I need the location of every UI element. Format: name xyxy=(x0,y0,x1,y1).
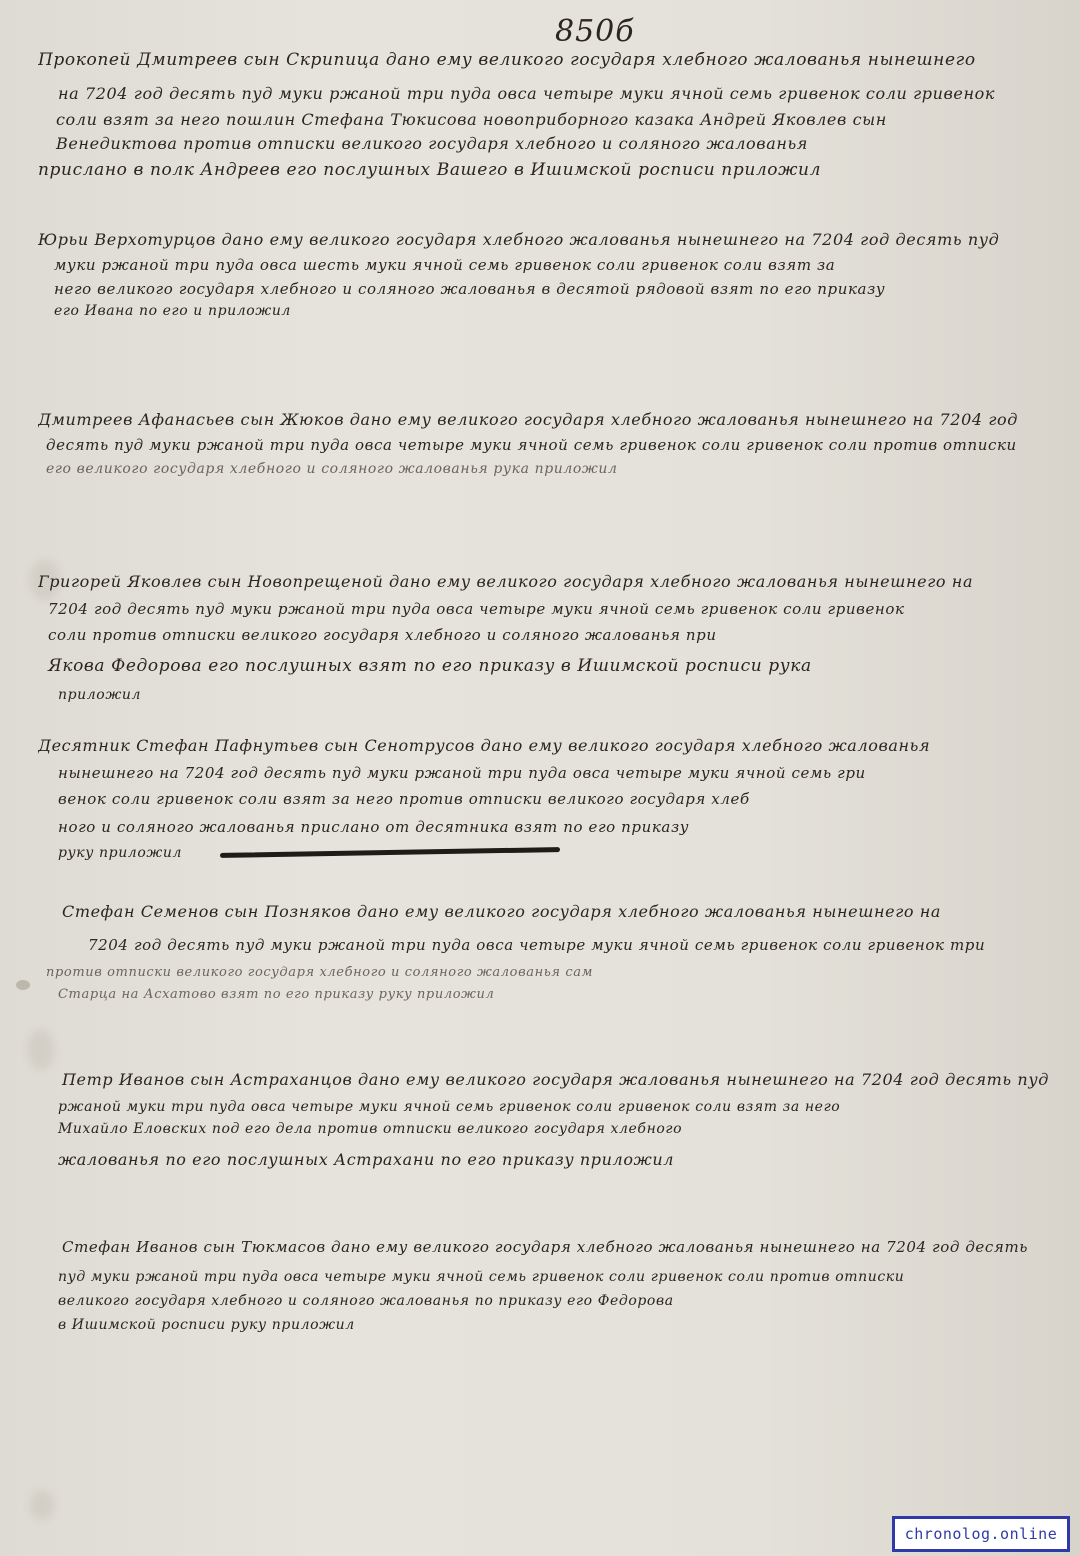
entry-line: Десятник Стефан Пафнутьев сын Сенотрусов… xyxy=(38,738,1060,766)
manuscript-page: 850б Прокопей Дмитреев сын Скрипица дано… xyxy=(0,0,1080,1556)
entry-line: Дмитреев Афанасьев сын Жюков дано ему ве… xyxy=(38,412,1060,438)
entry-line: Прокопей Дмитреев сын Скрипица дано ему … xyxy=(38,52,1060,86)
binding-hole xyxy=(16,980,30,990)
entry-line: ржаной муки три пуда овса четыре муки яч… xyxy=(38,1100,1060,1122)
ledger-entry: Прокопей Дмитреев сын Скрипица дано ему … xyxy=(38,52,1060,192)
ledger-entry: Дмитреев Афанасьев сын Жюков дано ему ве… xyxy=(38,412,1060,484)
entry-line: муки ржаной три пуда овса шесть муки ячн… xyxy=(38,258,1060,282)
entry-line: десять пуд муки ржаной три пуда овса чет… xyxy=(38,438,1060,462)
entry-line: Стефан Семенов сын Позняков дано ему вел… xyxy=(38,904,1060,938)
entry-line: Якова Федорова его послушных взят по его… xyxy=(38,658,1060,688)
ledger-entry: Юрьи Верхотурцов дано ему великого госуд… xyxy=(38,232,1060,326)
entry-line: его великого государя хлебного и соляног… xyxy=(38,462,1060,484)
entry-line: Старца на Асхатово взят по его приказу р… xyxy=(38,988,1060,1010)
watermark-text: chronolog.online xyxy=(905,1525,1058,1543)
ledger-entry: Стефан Иванов сын Тюкмасов дано ему вели… xyxy=(38,1240,1060,1342)
entry-line: жалованья по его послушных Астрахани по … xyxy=(38,1152,1060,1182)
ledger-entry: Петр Иванов сын Астраханцов дано ему вел… xyxy=(38,1072,1060,1182)
entry-line: 7204 год десять пуд муки ржаной три пуда… xyxy=(38,602,1060,628)
entry-line: Михайло Еловских под его дела против отп… xyxy=(38,1122,1060,1152)
entry-line: нынешнего на 7204 год десять пуд муки рж… xyxy=(38,766,1060,792)
entry-line: соли взят за него пошлин Стефана Тюкисов… xyxy=(38,112,1060,136)
ledger-entry: Григорей Яковлев сын Новопрещеной дано е… xyxy=(38,574,1060,706)
entry-line: Юрьи Верхотурцов дано ему великого госуд… xyxy=(38,232,1060,258)
watermark-badge: chronolog.online xyxy=(892,1516,1070,1552)
entry-line: 7204 год десять пуд муки ржаной три пуда… xyxy=(38,938,1060,966)
paper-stain xyxy=(28,1030,54,1070)
paper-stain xyxy=(30,1490,54,1520)
entry-line: ного и соляного жалованья прислано от де… xyxy=(38,820,1060,846)
entry-line: великого государя хлебного и соляного жа… xyxy=(38,1294,1060,1318)
folio-number: 850б xyxy=(555,14,635,49)
entry-line: венок соли гривенок соли взят за него пр… xyxy=(38,792,1060,820)
entry-line: приложил xyxy=(38,688,1060,706)
entry-line: против отписки великого государя хлебног… xyxy=(38,966,1060,988)
entry-line: Петр Иванов сын Астраханцов дано ему вел… xyxy=(38,1072,1060,1100)
entry-line: Григорей Яковлев сын Новопрещеной дано е… xyxy=(38,574,1060,602)
entry-line: пуд муки ржаной три пуда овса четыре мук… xyxy=(38,1270,1060,1294)
entry-line: прислано в полк Андреев его послушных Ва… xyxy=(38,162,1060,192)
entry-line: Венедиктова против отписки великого госу… xyxy=(38,136,1060,162)
entry-line: Стефан Иванов сын Тюкмасов дано ему вели… xyxy=(38,1240,1060,1270)
entry-line: его Ивана по его и приложил xyxy=(38,304,1060,326)
entry-line: на 7204 год десять пуд муки ржаной три п… xyxy=(38,86,1060,112)
entry-line: соли против отписки великого государя хл… xyxy=(38,628,1060,658)
entry-line: в Ишимской росписи руку приложил xyxy=(38,1318,1060,1342)
entry-line: него великого государя хлебного и соляно… xyxy=(38,282,1060,304)
ledger-entry: Стефан Семенов сын Позняков дано ему вел… xyxy=(38,904,1060,1010)
